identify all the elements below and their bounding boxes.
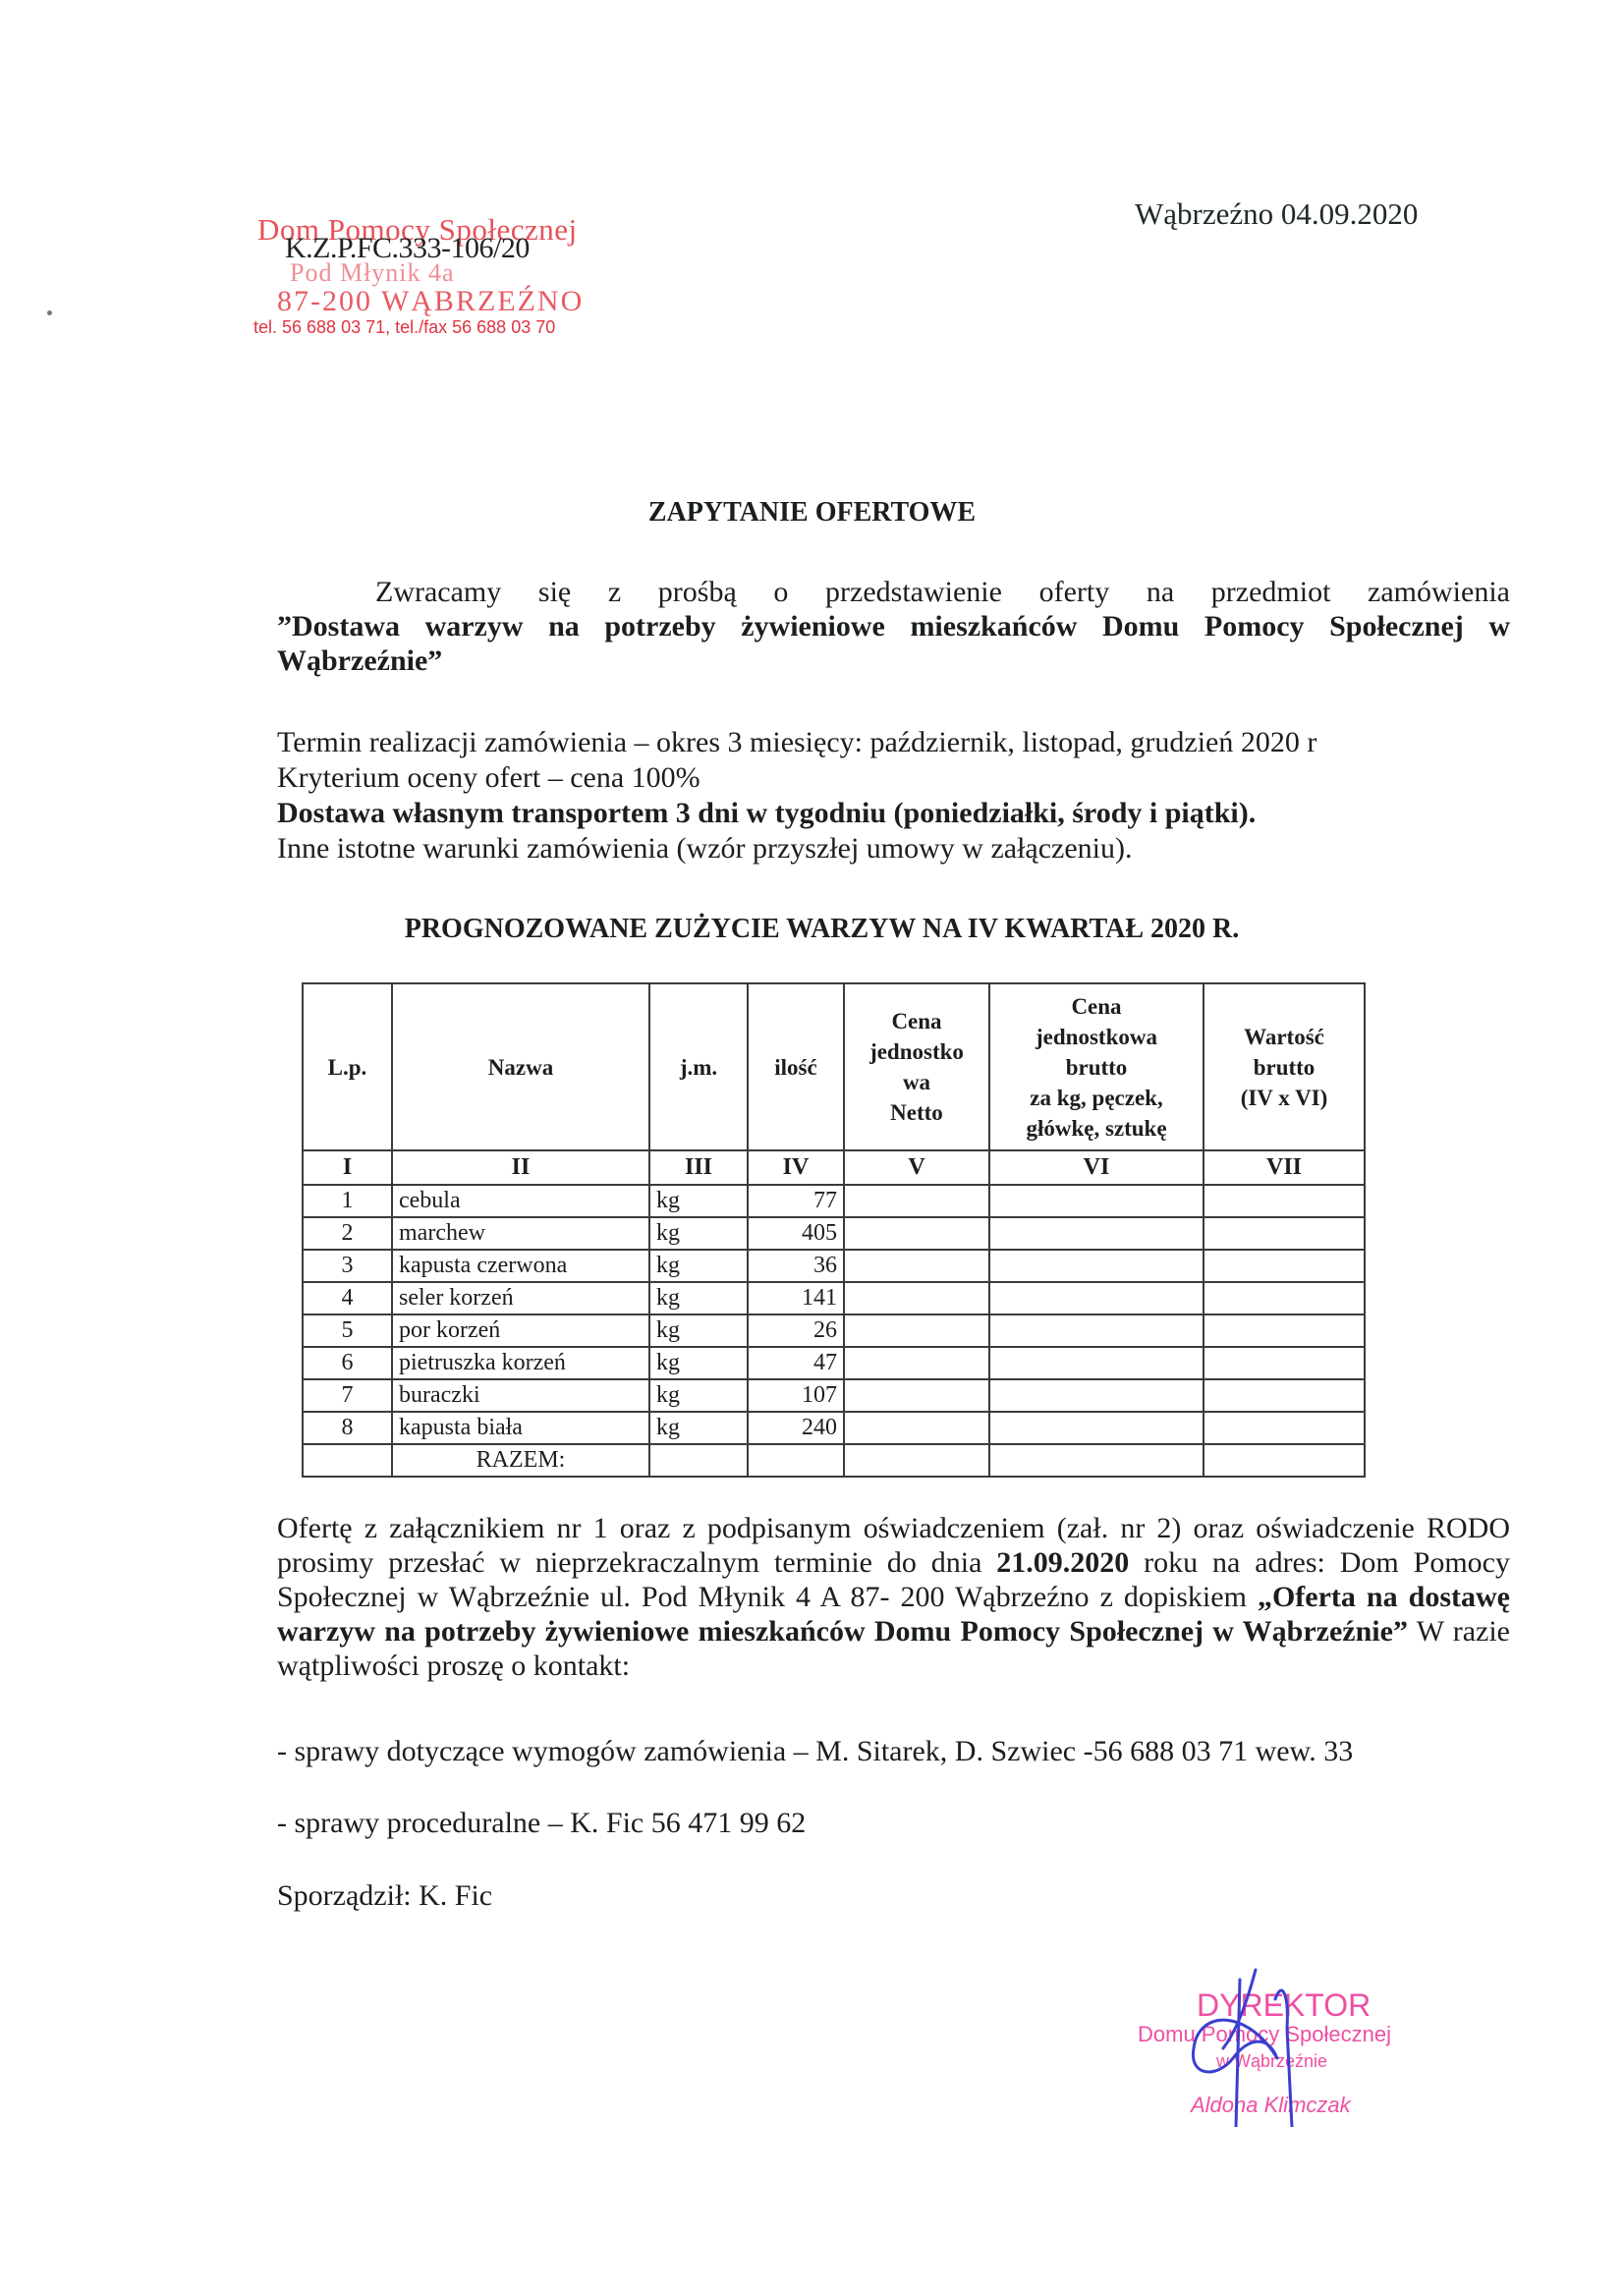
row-qty: 47: [748, 1347, 844, 1379]
deadline: 21.09.2020: [996, 1546, 1129, 1579]
contact-requirements: - sprawy dotyczące wymogów zamówienia – …: [277, 1734, 1510, 1768]
row-unit: kg: [649, 1250, 748, 1282]
row-net-price: [844, 1379, 989, 1412]
row-qty: 36: [748, 1250, 844, 1282]
row-qty: 26: [748, 1314, 844, 1347]
row-gross-value: [1204, 1412, 1365, 1444]
table-row: 4seler korzeńkg141: [303, 1282, 1365, 1314]
row-net-price: [844, 1185, 989, 1217]
row-lp: 3: [303, 1250, 392, 1282]
table-row: 8kapusta białakg240: [303, 1412, 1365, 1444]
row-net-price: [844, 1217, 989, 1250]
row-unit: kg: [649, 1217, 748, 1250]
row-name: kapusta biała: [392, 1412, 649, 1444]
header-name: Nazwa: [392, 983, 649, 1150]
row-gross-value: [1204, 1217, 1365, 1250]
row-gross-price: [989, 1185, 1204, 1217]
row-lp: 8: [303, 1412, 392, 1444]
col-number: II: [392, 1150, 649, 1185]
row-gross-price: [989, 1347, 1204, 1379]
row-unit: kg: [649, 1347, 748, 1379]
table-total-row: RAZEM:: [303, 1444, 1365, 1477]
row-name: cebula: [392, 1185, 649, 1217]
other-conditions: Inne istotne warunki zamówienia (wzór pr…: [277, 831, 1510, 866]
row-name: marchew: [392, 1217, 649, 1250]
total-label: RAZEM:: [392, 1444, 649, 1477]
row-qty: 107: [748, 1379, 844, 1412]
intro-text: Zwracamy się z prośbą o przedstawienie o…: [277, 575, 1510, 609]
row-unit: kg: [649, 1379, 748, 1412]
col-number: VII: [1204, 1150, 1365, 1185]
header-unit: j.m.: [649, 983, 748, 1150]
row-gross-value: [1204, 1185, 1365, 1217]
submission-text: Ofertę z załącznikiem nr 1 oraz z podpis…: [277, 1511, 1510, 1683]
row-net-price: [844, 1412, 989, 1444]
row-gross-value: [1204, 1314, 1365, 1347]
row-net-price: [844, 1282, 989, 1314]
row-gross-value: [1204, 1379, 1365, 1412]
consumption-table: L.p. Nazwa j.m. ilość Cena jednostko wa …: [302, 982, 1366, 1478]
row-name: seler korzeń: [392, 1282, 649, 1314]
reference-number: K.Z.P.FC.333-106/20: [285, 232, 530, 265]
row-gross-price: [989, 1250, 1204, 1282]
contact-procedural: - sprawy proceduralne – K. Fic 56 471 99…: [277, 1806, 1510, 1840]
row-qty: 77: [748, 1185, 844, 1217]
row-qty: 405: [748, 1217, 844, 1250]
row-lp: 6: [303, 1347, 392, 1379]
place-and-date: Wąbrzeźno 04.09.2020: [1135, 196, 1418, 232]
row-net-price: [844, 1347, 989, 1379]
table-row: 3kapusta czerwonakg36: [303, 1250, 1365, 1282]
col-number: III: [649, 1150, 748, 1185]
stamp-city: 87-200 WĄBRZEŹNO: [277, 285, 584, 318]
row-lp: 2: [303, 1217, 392, 1250]
table-row: 7buraczkikg107: [303, 1379, 1365, 1412]
table-row: 5por korzeńkg26: [303, 1314, 1365, 1347]
table-row: 2marchewkg405: [303, 1217, 1365, 1250]
row-unit: kg: [649, 1185, 748, 1217]
header-gross-price: Cena jednostkowa brutto za kg, pęczek, g…: [989, 983, 1204, 1150]
table-title: PROGNOZOWANE ZUŻYCIE WARZYW NA IV KWARTA…: [0, 914, 1624, 945]
row-net-price: [844, 1314, 989, 1347]
header-net-price: Cena jednostko wa Netto: [844, 983, 989, 1150]
row-name: por korzeń: [392, 1314, 649, 1347]
row-lp: 4: [303, 1282, 392, 1314]
row-gross-price: [989, 1314, 1204, 1347]
row-gross-price: [989, 1379, 1204, 1412]
document-title: ZAPYTANIE OFERTOWE: [0, 497, 1624, 529]
table-header-row: L.p. Nazwa j.m. ilość Cena jednostko wa …: [303, 983, 1365, 1150]
table-column-numbers-row: I II III IV V VI VII: [303, 1150, 1365, 1185]
header-lp: L.p.: [303, 983, 392, 1150]
scan-speck: [47, 310, 52, 315]
stamp-phone: tel. 56 688 03 71, tel./fax 56 688 03 70: [253, 317, 555, 338]
delivery-terms: Dostawa własnym transportem 3 dni w tygo…: [277, 796, 1510, 830]
row-qty: 240: [748, 1412, 844, 1444]
table-row: 6pietruszka korzeńkg47: [303, 1347, 1365, 1379]
row-gross-value: [1204, 1282, 1365, 1314]
row-gross-value: [1204, 1347, 1365, 1379]
prepared-by: Sporządził: K. Fic: [277, 1878, 1510, 1913]
row-lp: 7: [303, 1379, 392, 1412]
row-unit: kg: [649, 1412, 748, 1444]
row-net-price: [844, 1250, 989, 1282]
row-unit: kg: [649, 1282, 748, 1314]
row-qty: 141: [748, 1282, 844, 1314]
table-row: 1cebulakg77: [303, 1185, 1365, 1217]
row-unit: kg: [649, 1314, 748, 1347]
row-name: pietruszka korzeń: [392, 1347, 649, 1379]
row-gross-price: [989, 1217, 1204, 1250]
header-gross-value: Wartość brutto (IV x VI): [1204, 983, 1365, 1150]
col-number: IV: [748, 1150, 844, 1185]
header-qty: ilość: [748, 983, 844, 1150]
realization-term: Termin realizacji zamówienia – okres 3 m…: [277, 725, 1510, 759]
order-subject: ”Dostawa warzyw na potrzeby żywieniowe m…: [277, 609, 1510, 678]
row-name: buraczki: [392, 1379, 649, 1412]
evaluation-criterion: Kryterium oceny ofert – cena 100%: [277, 760, 1510, 795]
row-lp: 1: [303, 1185, 392, 1217]
col-number: I: [303, 1150, 392, 1185]
col-number: V: [844, 1150, 989, 1185]
row-gross-value: [1204, 1250, 1365, 1282]
row-name: kapusta czerwona: [392, 1250, 649, 1282]
handwritten-signature: [1179, 1940, 1356, 2127]
row-gross-price: [989, 1282, 1204, 1314]
col-number: VI: [989, 1150, 1204, 1185]
row-gross-price: [989, 1412, 1204, 1444]
row-lp: 5: [303, 1314, 392, 1347]
